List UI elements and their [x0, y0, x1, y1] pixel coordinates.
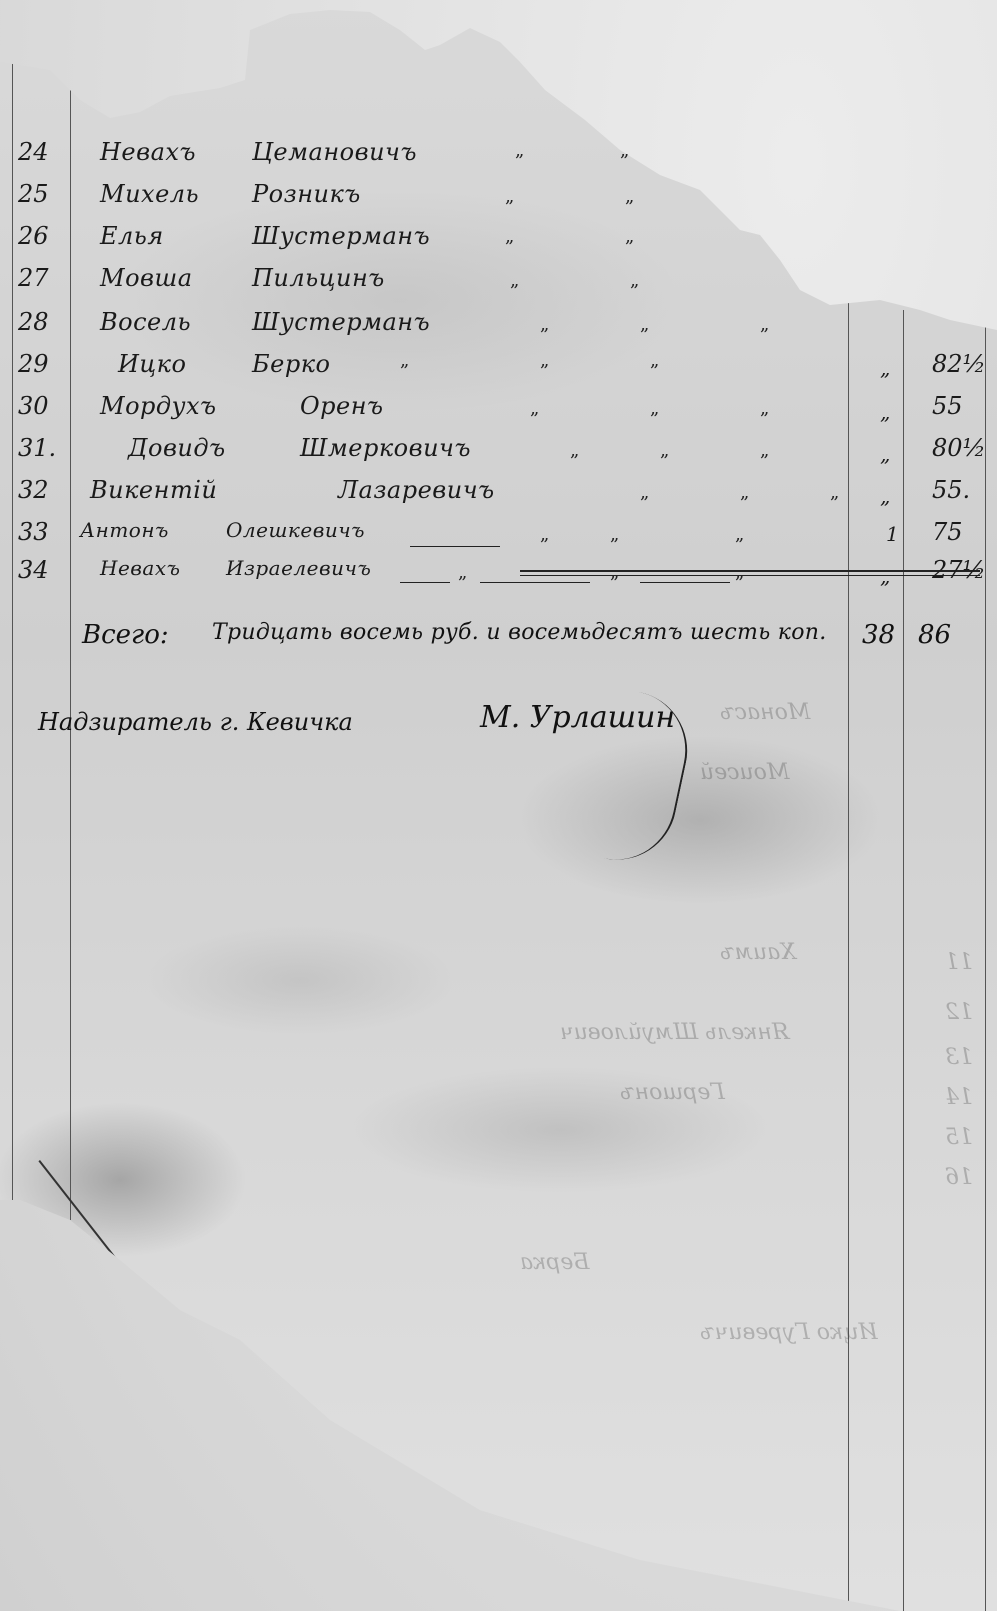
bleed-through-number: 15: [945, 1125, 973, 1150]
column-rule-rubles-left: [848, 300, 849, 1611]
ditto-mark: „: [640, 314, 649, 335]
sum-double-rule-2: [520, 575, 980, 576]
bleed-through-text: Гершонъ: [620, 1080, 725, 1105]
surname: Шмерковичъ: [300, 434, 471, 462]
signatory-title: Надзиратель г. Кевичка: [38, 708, 353, 736]
total-label: Всего:: [82, 620, 169, 650]
ditto-mark: „: [650, 350, 659, 371]
ditto-mark: „: [760, 440, 769, 461]
given-name: Викентій: [90, 476, 217, 504]
row-number: 26: [18, 222, 49, 250]
row-number: 34: [18, 556, 49, 584]
surname: Лазаревичъ: [338, 476, 495, 504]
ditto-mark: „: [610, 524, 619, 545]
ditto-mark: „: [510, 270, 519, 291]
sum-double-rule: [520, 570, 980, 572]
row-number: 31.: [18, 434, 56, 462]
row-number: 27: [18, 264, 49, 292]
surname: Израелевичъ: [226, 556, 371, 580]
fill-line: [400, 582, 450, 583]
column-rule-kopecks-left: [903, 310, 904, 1611]
surname: Цемановичъ: [252, 138, 417, 166]
rubles-value: „: [880, 442, 890, 466]
given-name: Ицко: [118, 350, 186, 378]
row-number: 32: [18, 476, 49, 504]
ditto-mark: „: [458, 562, 467, 583]
ditto-mark: „: [630, 270, 639, 291]
bleed-through-text: Ицко Гуревичъ: [700, 1320, 878, 1345]
kopecks-value: 55: [932, 392, 963, 420]
surname: Розникъ: [252, 180, 361, 208]
ditto-mark: „: [650, 398, 659, 419]
ditto-mark: „: [505, 226, 514, 247]
given-name: Невахъ: [100, 138, 196, 166]
ditto-mark: „: [570, 440, 579, 461]
ditto-mark: „: [400, 350, 409, 371]
row-number: 28: [18, 308, 49, 336]
fill-line: [640, 582, 730, 583]
kopecks-value: 55.: [932, 476, 970, 504]
ditto-mark: „: [760, 398, 769, 419]
ditto-mark: „: [620, 140, 629, 161]
ditto-mark: „: [515, 140, 524, 161]
bleed-through-text: Моисей: [700, 760, 789, 785]
surname: Олешкевичъ: [226, 518, 365, 542]
rubles-value: „: [880, 484, 890, 508]
margin-rule-number: [70, 90, 71, 1220]
given-name: Антонъ: [80, 518, 169, 542]
row-number: 24: [18, 138, 49, 166]
bleed-through-number: 12: [945, 1000, 973, 1025]
column-rule-kopecks-right: [985, 320, 986, 1611]
total-amount-in-words: Тридцать восемь руб. и восемьдесятъ шест…: [212, 620, 827, 645]
bleed-through-text: Берка: [520, 1250, 590, 1275]
ditto-mark: „: [740, 482, 749, 503]
surname: Оренъ: [300, 392, 384, 420]
ditto-mark: „: [735, 524, 744, 545]
bleed-through-number: 16: [945, 1165, 973, 1190]
margin-rule-outer: [12, 40, 13, 1220]
ditto-mark: „: [530, 398, 539, 419]
fill-line: [480, 582, 590, 583]
given-name: Невахъ: [100, 556, 180, 580]
bleed-through-number: 14: [945, 1085, 973, 1110]
ditto-mark: „: [640, 482, 649, 503]
surname: Шустерманъ: [252, 308, 430, 336]
ditto-mark: „: [540, 314, 549, 335]
surname: Шустерманъ: [252, 222, 430, 250]
given-name: Довидъ: [128, 434, 226, 462]
rubles-value: „: [880, 356, 890, 380]
ditto-mark: „: [505, 186, 514, 207]
surname: Пильцинъ: [252, 264, 385, 292]
bleed-through-number: 13: [945, 1045, 973, 1070]
ditto-mark: „: [540, 524, 549, 545]
given-name: Мордухъ: [100, 392, 217, 420]
total-rubles: 38: [862, 620, 895, 650]
total-kopecks: 86: [918, 620, 951, 650]
ditto-mark: „: [760, 314, 769, 335]
kopecks-value: 75: [932, 518, 963, 546]
bleed-through-text: Янкель Шмуйлович: [560, 1020, 790, 1045]
kopecks-value: 80½: [932, 434, 986, 462]
bleed-through-text: Хаимъ: [720, 940, 796, 965]
row-number: 25: [18, 180, 49, 208]
bleed-through-text: Монасъ: [720, 700, 810, 725]
given-name: Восель: [100, 308, 191, 336]
ditto-mark: „: [625, 226, 634, 247]
ditto-mark: „: [625, 186, 634, 207]
row-number: 29: [18, 350, 49, 378]
ditto-mark: „: [735, 562, 744, 583]
ditto-mark: „: [830, 482, 839, 503]
row-number: 30: [18, 392, 49, 420]
given-name: Мовша: [100, 264, 193, 292]
rubles-value: „: [880, 564, 890, 588]
kopecks-value: 27½: [932, 556, 986, 584]
bleed-through-number: 11: [945, 950, 973, 975]
ditto-mark: „: [660, 440, 669, 461]
rubles-value: 1: [886, 522, 899, 546]
ditto-mark: „: [540, 350, 549, 371]
given-name: Михель: [100, 180, 199, 208]
kopecks-value: 82½: [932, 350, 986, 378]
ditto-mark: „: [610, 562, 619, 583]
row-number: 33: [18, 518, 49, 546]
rubles-value: „: [880, 400, 890, 424]
fill-line: [410, 546, 500, 547]
given-name: Елья: [100, 222, 164, 250]
surname: Берко: [252, 350, 330, 378]
